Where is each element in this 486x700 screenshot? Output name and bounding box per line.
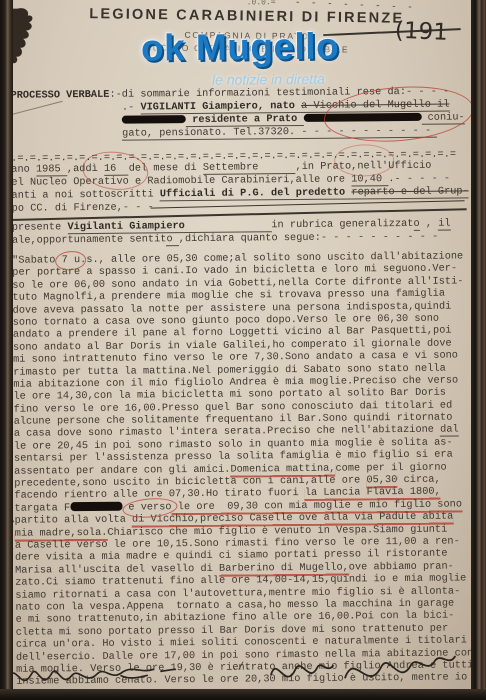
text-segment: anti a noi sottoscritti bbox=[11, 188, 159, 201]
text-segment: PROCESSO VERBALE bbox=[10, 89, 109, 102]
closing-mark: ./. bbox=[231, 661, 251, 673]
text-segment: .- - - - - bbox=[388, 173, 450, 186]
text-segment: presente bbox=[12, 221, 68, 234]
top-edge-fragment: .0.0.= bbox=[247, 0, 276, 6]
text-segment: dal bbox=[440, 424, 459, 437]
text-segment: ale,opportunamente sentit bbox=[12, 233, 167, 246]
text-segment: ,dichiara quanto segue:- - - - - - - - -… bbox=[179, 231, 439, 245]
text-segment: Settembre bbox=[203, 161, 296, 175]
text-segment: Domenica mattina, bbox=[230, 462, 335, 475]
text-segment: Barberino di Mugello, bbox=[219, 561, 349, 574]
text-segment: po CC. di Firenze,- - - bbox=[12, 201, 154, 214]
text-segment: ano bbox=[11, 164, 36, 176]
form-line: po CC. di Firenze,- - - bbox=[12, 201, 154, 214]
text-segment: 05,30 bbox=[366, 474, 397, 486]
okmugello-logo: ok Mugello bbox=[0, 24, 483, 71]
text-segment: , bbox=[420, 218, 439, 230]
text-segment: reparto e del Grup- bbox=[351, 185, 469, 199]
officer-signature bbox=[271, 657, 455, 679]
text-segment: ove abbiamo pran- bbox=[349, 560, 454, 573]
text-segment: .- bbox=[11, 102, 141, 115]
text-segment: circa, bbox=[397, 474, 440, 486]
text-segment: in rubrica generalizzat bbox=[271, 218, 413, 231]
text-segment bbox=[11, 128, 122, 141]
redaction-bar bbox=[70, 502, 122, 511]
text-segment: come per il giorno bbox=[335, 461, 446, 474]
text-segment bbox=[11, 115, 122, 128]
text-segment: 7 u bbox=[62, 254, 81, 266]
text-segment: la Lancia Flavia 1800, bbox=[305, 486, 441, 499]
photo-edge-left bbox=[0, 0, 13, 700]
text-segment: e verso bbox=[128, 501, 171, 513]
form-rule bbox=[151, 200, 465, 209]
text-segment: residente a Prato bbox=[186, 113, 304, 127]
photo-edge-right bbox=[471, 0, 486, 700]
redaction-bar bbox=[122, 115, 186, 124]
text-segment: mia madre,sola. bbox=[15, 526, 108, 539]
text-segment: 1985 bbox=[36, 163, 67, 176]
text-segment: partito alla volta bbox=[15, 514, 133, 527]
text-segment: o bbox=[166, 233, 178, 246]
document-photo: LEGIONE CARABINIERI DI FIRENZE COMPAGNIA… bbox=[0, 0, 486, 700]
text-segment: Ufficiali di P.G. del predetto bbox=[160, 186, 352, 201]
paper-content: LEGIONE CARABINIERI DI FIRENZE COMPAGNIA… bbox=[0, 0, 486, 700]
testimony-body: "Sabato 7 u.s., alle ore 05,30 come;al s… bbox=[12, 250, 473, 688]
text-segment: il bbox=[438, 218, 450, 231]
text-segment: targata F bbox=[14, 502, 70, 515]
text-segment: gato, pensionato. Tel.37320. bbox=[122, 126, 301, 141]
witness-signature bbox=[9, 669, 175, 681]
photo-edge-bottom bbox=[0, 689, 486, 700]
